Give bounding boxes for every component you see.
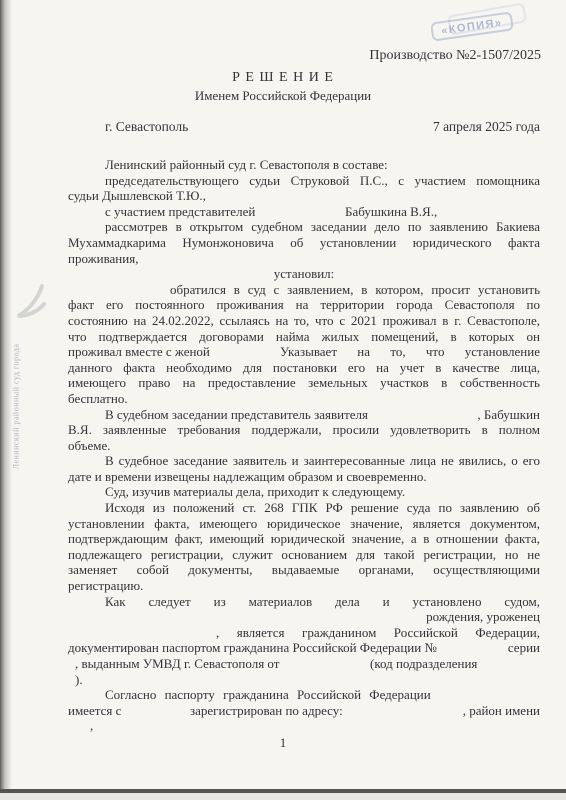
body-line: установлении факта, имеющего юридическое…: [68, 516, 540, 532]
body-line: факт его постоянного проживания на терри…: [68, 297, 540, 313]
body-line: подтверждающим факт, имеющий юридической…: [68, 531, 540, 547]
scanner-bed-strip: [0, 793, 566, 800]
body-line-right: , Бабушкин: [440, 407, 540, 423]
body-line: ,: [68, 718, 540, 734]
body-line-left: , выданным УМВД г. Севастополя от: [68, 656, 279, 671]
body-line: бесплатно.: [68, 391, 540, 407]
body-line-left: В судебном заседании представитель заяви…: [105, 407, 368, 422]
body-line-right: , район имени: [463, 703, 540, 719]
body-line: Согласно паспорту гражданина Российской …: [68, 687, 540, 703]
body-line-split: проживал вместе с женой Указывает на то,…: [68, 344, 540, 360]
body-line: регистрацию.: [68, 578, 540, 594]
body-line: Исходя из положений ст. 268 ГПК РФ решен…: [68, 500, 540, 516]
body-line-split: , выданным УМВД г. Севастополя от (код п…: [68, 656, 540, 672]
body-line-split: имеется с зарегистрирован по адресу: , р…: [68, 703, 540, 719]
decision-title: Р Е Ш Е Н И Е: [0, 70, 566, 86]
body-line-middle: зарегистрирован по адресу:: [190, 703, 343, 719]
case-number: Производство №2-1507/2025: [369, 48, 541, 64]
intro-representatives: с участием представителей Бабушкина В.Я.…: [68, 204, 540, 220]
intro-judge-assistant: судьи Дышлевской Т.Ю.,: [68, 188, 540, 204]
body-line: В.Я. заявленные требования поддержали, п…: [68, 422, 540, 438]
intro-case-heard-1: рассмотрев в открытом судебном заседании…: [68, 219, 540, 235]
body-line: рождения, уроженец: [68, 609, 540, 625]
date: 7 апреля 2025 года: [433, 119, 540, 135]
page-number: 1: [0, 735, 566, 751]
intro-presiding-judge: председательствующего судьи Струковой П.…: [68, 173, 540, 189]
body-line: обратился в суд с заявлением, в котором,…: [68, 282, 540, 298]
body-line: Суд, изучив материалы дела, приходит к с…: [68, 484, 540, 500]
body-line-left: проживал вместе с женой: [68, 344, 210, 359]
decision-subtitle: Именем Российской Федерации: [0, 88, 566, 104]
body-line: заменяет собой документы, выдаваемые орг…: [68, 562, 540, 578]
applicant-request: обратился в суд с заявлением, в котором,…: [170, 282, 540, 297]
scan-left-edge-shadow: [0, 0, 12, 800]
body-line-split: В судебном заседании представитель заяви…: [68, 407, 540, 423]
representative-name: Бабушкина В.Я.,: [345, 204, 437, 220]
body-line: ).: [68, 672, 540, 688]
body-line: , является гражданином Российской Федера…: [68, 625, 540, 641]
intro-case-heard-2: Мухаммадкарима Нумонжоновича об установл…: [68, 235, 540, 251]
scanned-court-decision-page: «КОПИЯ» Ленинский районный суд города Пр…: [0, 0, 566, 800]
body-line-right: , является гражданином Российской Федера…: [216, 625, 540, 641]
document-body: Ленинский районный суд г. Севастополя в …: [68, 157, 540, 734]
body-line: подлежащего регистрации, служит основани…: [68, 547, 540, 563]
body-line-left: имеется с: [68, 703, 121, 718]
body-line-left: документирован паспортом гражданина Росс…: [68, 640, 437, 655]
copy-stamp: «КОПИЯ»: [430, 11, 514, 41]
court-side-stamp: Ленинский районный суд города: [12, 327, 21, 487]
city-date-row: г. Севастополь 7 апреля 2025 года: [105, 119, 540, 135]
section-heading-ustanovil: установил:: [68, 266, 540, 282]
body-line-right: Указывает на то, что установление: [280, 344, 540, 360]
body-line: дате и времени извещены надлежащим образ…: [68, 469, 540, 485]
body-line: Как следует из материалов дела и установ…: [68, 594, 540, 610]
body-line-split: документирован паспортом гражданина Росс…: [68, 640, 540, 656]
body-line: имеющего право на предоставление земельн…: [68, 375, 540, 391]
intro-case-heard-3: проживания,: [68, 251, 540, 267]
body-line: состоянию на 24.02.2022, ссылаясь на то,…: [68, 313, 540, 329]
body-line-right: серии: [508, 640, 540, 656]
body-line: объеме.: [68, 438, 540, 454]
body-line: данного факта необходимо для постановки …: [68, 360, 540, 376]
intro-court-composition: Ленинский районный суд г. Севастополя в …: [68, 157, 540, 173]
city: г. Севастополь: [105, 119, 188, 135]
body-line-right: (код подразделения: [370, 656, 477, 672]
intro-representatives-label: с участием представителей: [68, 204, 255, 219]
body-line: что подтверждается договорами найма жилы…: [68, 329, 540, 345]
body-line: В судебное заседание заявитель и заинтер…: [68, 453, 540, 469]
